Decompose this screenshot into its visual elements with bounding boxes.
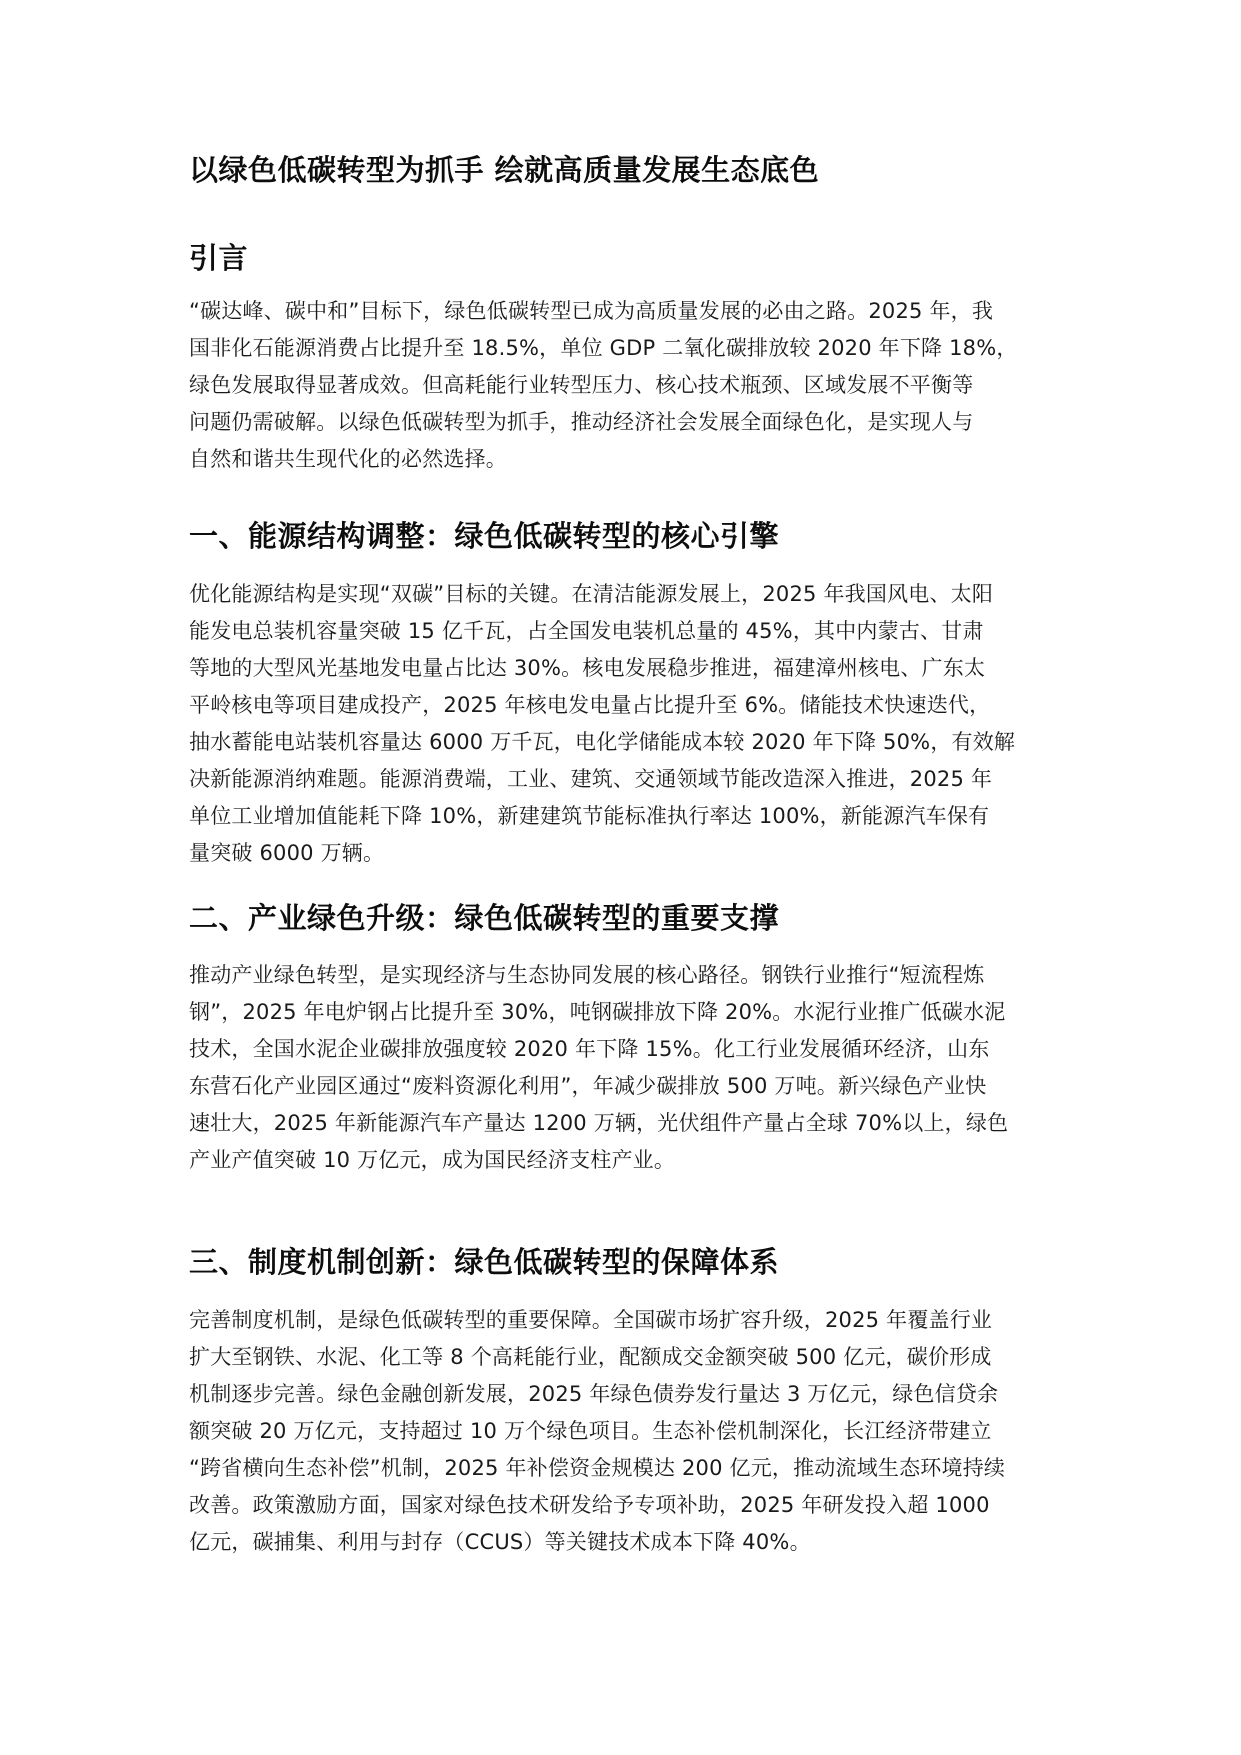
text-line: 东营石化产业园区通过“废料资源化利用”，年减少碳排放 500 万吨。新兴绿色产业… [189, 1068, 1049, 1105]
text-line: 技术，全国水泥企业碳排放强度较 2020 年下降 15%。化工行业发展循环经济，… [189, 1031, 1049, 1068]
section-heading-institution: 三、制度机制创新：绿色低碳转型的保障体系 [189, 1244, 1049, 1280]
text-line: 平岭核电等项目建成投产，2025 年核电发电量占比提升至 6%。储能技术快速迭代… [189, 687, 1049, 724]
text-line: 国非化石能源消费占比提升至 18.5%，单位 GDP 二氧化碳排放较 2020 … [189, 330, 1049, 367]
text-line: 决新能源消纳难题。能源消费端，工业、建筑、交通领域节能改造深入推进，2025 年 [189, 761, 1049, 798]
text-line: 单位工业增加值能耗下降 10%，新建建筑节能标准执行率达 100%，新能源汽车保… [189, 798, 1049, 835]
text-line: 能发电总装机容量突破 15 亿千瓦，占全国发电装机总量的 45%，其中内蒙古、甘… [189, 613, 1049, 650]
text-line: 完善制度机制，是绿色低碳转型的重要保障。全国碳市场扩容升级，2025 年覆盖行业 [189, 1302, 1049, 1339]
document-title: 以绿色低碳转型为抓手 绘就高质量发展生态底色 [189, 152, 1049, 188]
paragraph-industry: 推动产业绿色转型，是实现经济与生态协同发展的核心路径。钢铁行业推行“短流程炼 钢… [189, 957, 1049, 1179]
document-page: 以绿色低碳转型为抓手 绘就高质量发展生态底色 引言 “碳达峰、碳中和”目标下，绿… [0, 0, 1241, 1755]
text-line: 速壮大，2025 年新能源汽车产量达 1200 万辆，光伏组件产量占全球 70%… [189, 1105, 1049, 1142]
text-line: 钢”，2025 年电炉钢占比提升至 30%，吨钢碳排放下降 20%。水泥行业推广… [189, 994, 1049, 1031]
text-line: 产业产值突破 10 万亿元，成为国民经济支柱产业。 [189, 1142, 1049, 1179]
text-line: 亿元，碳捕集、利用与封存（CCUS）等关键技术成本下降 40%。 [189, 1524, 1049, 1561]
section-heading-industry: 二、产业绿色升级：绿色低碳转型的重要支撑 [189, 900, 1049, 936]
text-line: 额突破 20 万亿元，支持超过 10 万个绿色项目。生态补偿机制深化，长江经济带… [189, 1413, 1049, 1450]
text-line: 抽水蓄能电站装机容量达 6000 万千瓦，电化学储能成本较 2020 年下降 5… [189, 724, 1049, 761]
text-line: 扩大至钢铁、水泥、化工等 8 个高耗能行业，配额成交金额突破 500 亿元，碳价… [189, 1339, 1049, 1376]
text-line: 问题仍需破解。以绿色低碳转型为抓手，推动经济社会发展全面绿色化，是实现人与 [189, 404, 1049, 441]
text-line: “碳达峰、碳中和”目标下，绿色低碳转型已成为高质量发展的必由之路。2025 年，… [189, 293, 1049, 330]
text-line: 推动产业绿色转型，是实现经济与生态协同发展的核心路径。钢铁行业推行“短流程炼 [189, 957, 1049, 994]
text-line: 优化能源结构是实现“双碳”目标的关键。在清洁能源发展上，2025 年我国风电、太… [189, 576, 1049, 613]
text-line: 改善。政策激励方面，国家对绿色技术研发给予专项补助，2025 年研发投入超 10… [189, 1487, 1049, 1524]
text-line: 量突破 6000 万辆。 [189, 835, 1049, 872]
text-line: “跨省横向生态补偿”机制，2025 年补偿资金规模达 200 亿元，推动流域生态… [189, 1450, 1049, 1487]
text-line: 等地的大型风光基地发电量占比达 30%。核电发展稳步推进，福建漳州核电、广东太 [189, 650, 1049, 687]
paragraph-energy: 优化能源结构是实现“双碳”目标的关键。在清洁能源发展上，2025 年我国风电、太… [189, 576, 1049, 872]
section-heading-energy: 一、能源结构调整：绿色低碳转型的核心引擎 [189, 518, 1049, 554]
paragraph-intro: “碳达峰、碳中和”目标下，绿色低碳转型已成为高质量发展的必由之路。2025 年，… [189, 293, 1049, 478]
paragraph-institution: 完善制度机制，是绿色低碳转型的重要保障。全国碳市场扩容升级，2025 年覆盖行业… [189, 1302, 1049, 1561]
text-line: 绿色发展取得显著成效。但高耗能行业转型压力、核心技术瓶颈、区域发展不平衡等 [189, 367, 1049, 404]
text-line: 机制逐步完善。绿色金融创新发展，2025 年绿色债券发行量达 3 万亿元，绿色信… [189, 1376, 1049, 1413]
text-line: 自然和谐共生现代化的必然选择。 [189, 441, 1049, 478]
section-heading-intro: 引言 [189, 240, 1049, 276]
